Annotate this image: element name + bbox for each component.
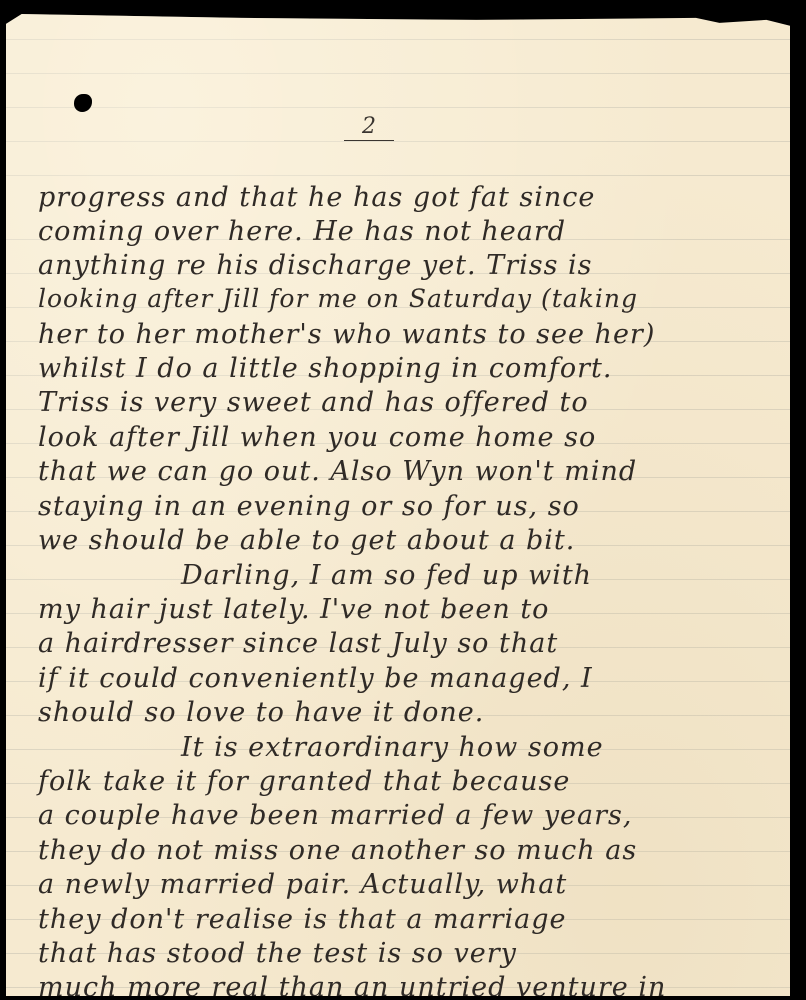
letter-page: 2 progress and that he has got fat since…	[6, 14, 790, 996]
text-line: should so love to have it done.	[38, 697, 484, 728]
text-line: if it could conveniently be managed, I	[38, 663, 593, 694]
text-line: a hairdresser since last July so that	[38, 628, 558, 659]
text-line: that has stood the test is so very	[38, 938, 517, 969]
text-line: her to her mother's who wants to see her…	[38, 319, 655, 350]
text-line: we should be able to get about a bit.	[38, 525, 575, 556]
text-line: that we can go out. Also Wyn won't mind	[38, 456, 637, 487]
text-line: progress and that he has got fat since	[38, 182, 595, 213]
page-number: 2	[344, 114, 394, 141]
text-line: looking after Jill for me on Saturday (t…	[38, 284, 638, 313]
text-line: a newly married pair. Actually, what	[38, 869, 567, 900]
text-line: whilst I do a little shopping in comfort…	[38, 353, 612, 384]
text-line: Darling, I am so fed up with	[181, 560, 592, 591]
text-line: much more real than an untried venture i…	[38, 972, 666, 1000]
text-line: Triss is very sweet and has offered to	[38, 387, 589, 418]
text-line: coming over here. He has not heard	[38, 216, 566, 247]
text-line: folk take it for granted that because	[38, 766, 570, 797]
text-line: a couple have been married a few years,	[38, 800, 632, 831]
text-line: It is extraordinary how some	[181, 732, 604, 763]
text-line: look after Jill when you come home so	[38, 422, 596, 453]
punch-hole	[74, 94, 92, 112]
text-line: anything re his discharge yet. Triss is	[38, 250, 593, 281]
text-line: they don't realise is that a marriage	[38, 904, 567, 935]
text-line: staying in an evening or so for us, so	[38, 491, 580, 522]
text-line: they do not miss one another so much as	[38, 835, 637, 866]
text-line: my hair just lately. I've not been to	[38, 594, 549, 625]
